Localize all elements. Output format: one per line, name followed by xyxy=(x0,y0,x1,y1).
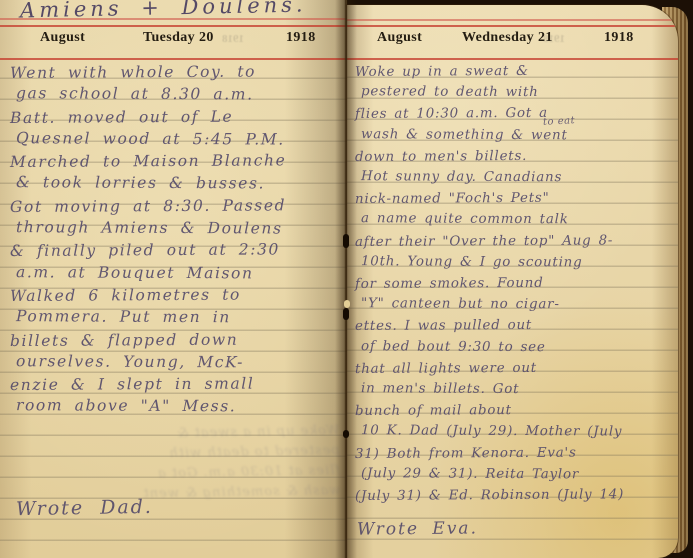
entry-line: Went with whole Coy. to xyxy=(10,60,344,84)
entry-line: for some smokes. Found xyxy=(355,272,677,295)
entry-line: down to men's billets. xyxy=(355,145,677,168)
header-day: Tuesday 20 xyxy=(143,30,214,46)
entry-line: billets & flapped down xyxy=(10,328,344,352)
entry-line: gas school at 8.30 a.m. xyxy=(16,82,344,106)
entry-line: Quesnel wood at 5:45 P.M. xyxy=(16,127,344,151)
entry-line: nick-named "Foch's Pets" xyxy=(355,187,677,210)
header-month: August xyxy=(377,30,422,46)
entry-line: pestered to death with xyxy=(361,81,677,104)
interline-insertion: to eat xyxy=(543,115,576,128)
binding-stitch xyxy=(344,300,350,308)
entry-line: & finally piled out at 2:30 xyxy=(10,238,344,262)
diary-scan: August Tuesday 20 1918 1918 Amiens + Dou… xyxy=(0,0,693,558)
entry-line: Woke up in a sweat & xyxy=(355,60,677,83)
binding-stitch xyxy=(343,308,349,320)
diary-left-page: August Tuesday 20 1918 1918 Amiens + Dou… xyxy=(0,0,347,558)
red-rule xyxy=(0,25,347,27)
entry-line: through Amiens & Doulens xyxy=(16,216,344,240)
header-day: Wednesday 21 xyxy=(462,30,553,46)
entry-line: ourselves. Young, McK- xyxy=(16,350,344,374)
letters-written-note: Wrote Dad. xyxy=(16,496,153,520)
binding-gutter xyxy=(335,0,357,558)
entry-line: that all lights were out xyxy=(355,357,677,380)
entry-line: bunch of mail about xyxy=(355,399,677,422)
binding-stitch xyxy=(343,430,349,438)
header-bleed-ghost: 1918 xyxy=(543,33,565,45)
entry-line: "Y" canteen but no cigar- xyxy=(361,293,677,316)
entry-line: in men's billets. Got xyxy=(361,378,677,401)
entry-line: 10 K. Dad (July 29). Mother (July xyxy=(361,421,677,444)
entry-line: Batt. moved out of Le xyxy=(10,105,344,129)
red-rule xyxy=(347,25,678,27)
binding-stitch xyxy=(343,234,349,248)
diary-entry-right: Woke up in a sweat & pestered to death w… xyxy=(355,61,677,506)
header-bleed-ghost: 1918 xyxy=(222,33,244,45)
entry-line: Walked 6 kilometres to xyxy=(10,283,344,307)
entry-line: (July 31) & Ed. Robinson (July 14) xyxy=(355,484,677,507)
entry-line: Hot sunny day. Canadians xyxy=(361,166,677,189)
header-month: August xyxy=(40,30,85,46)
entry-line: of bed bout 9:30 to see xyxy=(361,336,677,359)
header-year: 1918 xyxy=(286,30,316,46)
entry-line: after their "Over the top" Aug 8- xyxy=(355,230,677,253)
bleed-through-text: Woke up in a sweat & pestered to death w… xyxy=(3,421,340,507)
entry-line: Pommera. Put men in xyxy=(16,305,344,329)
entry-line: ettes. I was pulled out xyxy=(355,314,677,337)
entry-line: enzie & I slept in small xyxy=(10,372,344,396)
entry-line: Marched to Maison Blanche xyxy=(10,149,344,173)
entry-line: room above "A" Mess. xyxy=(16,395,344,419)
letters-written-note: Wrote Eva. xyxy=(357,518,478,539)
diary-entry-left: Went with whole Coy. to gas school at 8.… xyxy=(10,61,344,418)
red-rule xyxy=(347,19,678,21)
entry-line: Got moving at 8:30. Passed xyxy=(10,194,344,218)
entry-line: a.m. at Bouquet Maison xyxy=(16,261,344,285)
entry-line: (July 29 & 31). Reita Taylor xyxy=(361,463,677,486)
entry-line: & took lorries & busses. xyxy=(16,172,344,196)
entry-line: flies at 10:30 a.m. Got a xyxy=(355,102,677,125)
diary-right-page: August Wednesday 21 1918 1918 Woke up in… xyxy=(347,5,678,558)
entry-line: 31) Both from Kenora. Eva's xyxy=(355,442,677,465)
header-year: 1918 xyxy=(604,30,634,46)
entry-line: a name quite common talk xyxy=(361,209,677,232)
entry-line: 10th. Young & I go scouting xyxy=(361,251,677,274)
entry-line: wash & something & went xyxy=(361,124,677,147)
